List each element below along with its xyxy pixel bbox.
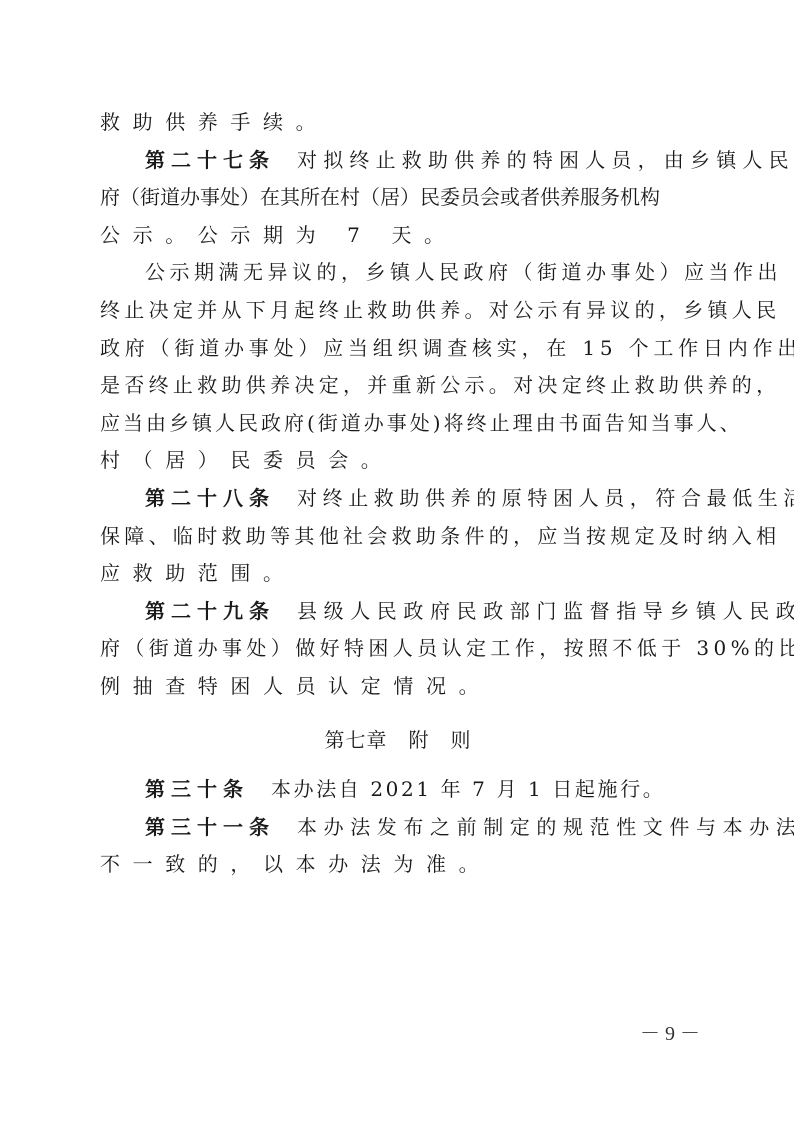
text-line: 政府（街道办事处）应当组织调查核实，在 15 个工作日内作出 bbox=[100, 330, 696, 368]
article-heading: 第二十九条 bbox=[145, 593, 275, 631]
article-31-first-line: 第三十一条 本办法发布之前制定的规范性文件与本办法 bbox=[100, 809, 696, 847]
text-line: 府（街道办事处）做好特困人员认定工作，按照不低于 30%的比 bbox=[100, 630, 696, 668]
text-line: 应救助范围。 bbox=[100, 555, 696, 593]
text-line: 保障、临时救助等其他社会救助条件的，应当按规定及时纳入相 bbox=[100, 518, 696, 556]
text-line: 应当由乡镇人民政府(街道办事处)将终止理由书面告知当事人、 bbox=[100, 405, 696, 443]
chapter-heading: 第七章 附 则 bbox=[100, 722, 696, 760]
text-line: 本办法自 2021 年 7 月 1 日起施行。 bbox=[271, 771, 665, 809]
article-28-first-line: 第二十八条 对终止救助供养的原特困人员，符合最低生活 bbox=[100, 480, 696, 518]
article-heading: 第三十条 bbox=[145, 771, 249, 809]
text-line: 本办法发布之前制定的规范性文件与本办法 bbox=[297, 809, 794, 847]
text-line: 县级人民政府民政部门监督指导乡镇人民政 bbox=[297, 593, 794, 631]
text-line: 村（居）民委员会。 bbox=[100, 442, 696, 480]
page-number: － 9 － bbox=[640, 1017, 700, 1046]
text-line: 府（街道办事处）在其所在村（居）民委员会或者供养服务机构 bbox=[100, 179, 696, 217]
text-line: 终止决定并从下月起终止救助供养。对公示有异议的，乡镇人民 bbox=[100, 292, 696, 330]
text-line: 不一致的，以本办法为准。 bbox=[100, 846, 696, 884]
article-heading: 第三十一条 bbox=[145, 809, 275, 847]
article-29-first-line: 第二十九条 县级人民政府民政部门监督指导乡镇人民政 bbox=[100, 593, 696, 631]
article-heading: 第二十八条 bbox=[145, 480, 275, 518]
article-27-first-line: 第二十七条 对拟终止救助供养的特困人员，由乡镇人民政 bbox=[100, 142, 696, 180]
text-line: 是否终止救助供养决定，并重新公示。对决定终止救助供养的， bbox=[100, 367, 696, 405]
text-line: 公示期满无异议的，乡镇人民政府（街道办事处）应当作出 bbox=[100, 254, 696, 292]
document-page: 救助供养手续。 第二十七条 对拟终止救助供养的特困人员，由乡镇人民政 府（街道办… bbox=[100, 104, 696, 884]
text-line: 对终止救助供养的原特困人员，符合最低生活 bbox=[297, 480, 794, 518]
text-line: 对拟终止救助供养的特困人员，由乡镇人民政 bbox=[297, 142, 794, 180]
text-line: 例抽查特困人员认定情况。 bbox=[100, 668, 696, 706]
text-line: 救助供养手续。 bbox=[100, 104, 696, 142]
text-line: 公示。公示期为 7 天。 bbox=[100, 217, 696, 255]
article-heading: 第二十七条 bbox=[145, 142, 275, 180]
article-30-line: 第三十条 本办法自 2021 年 7 月 1 日起施行。 bbox=[100, 771, 696, 809]
